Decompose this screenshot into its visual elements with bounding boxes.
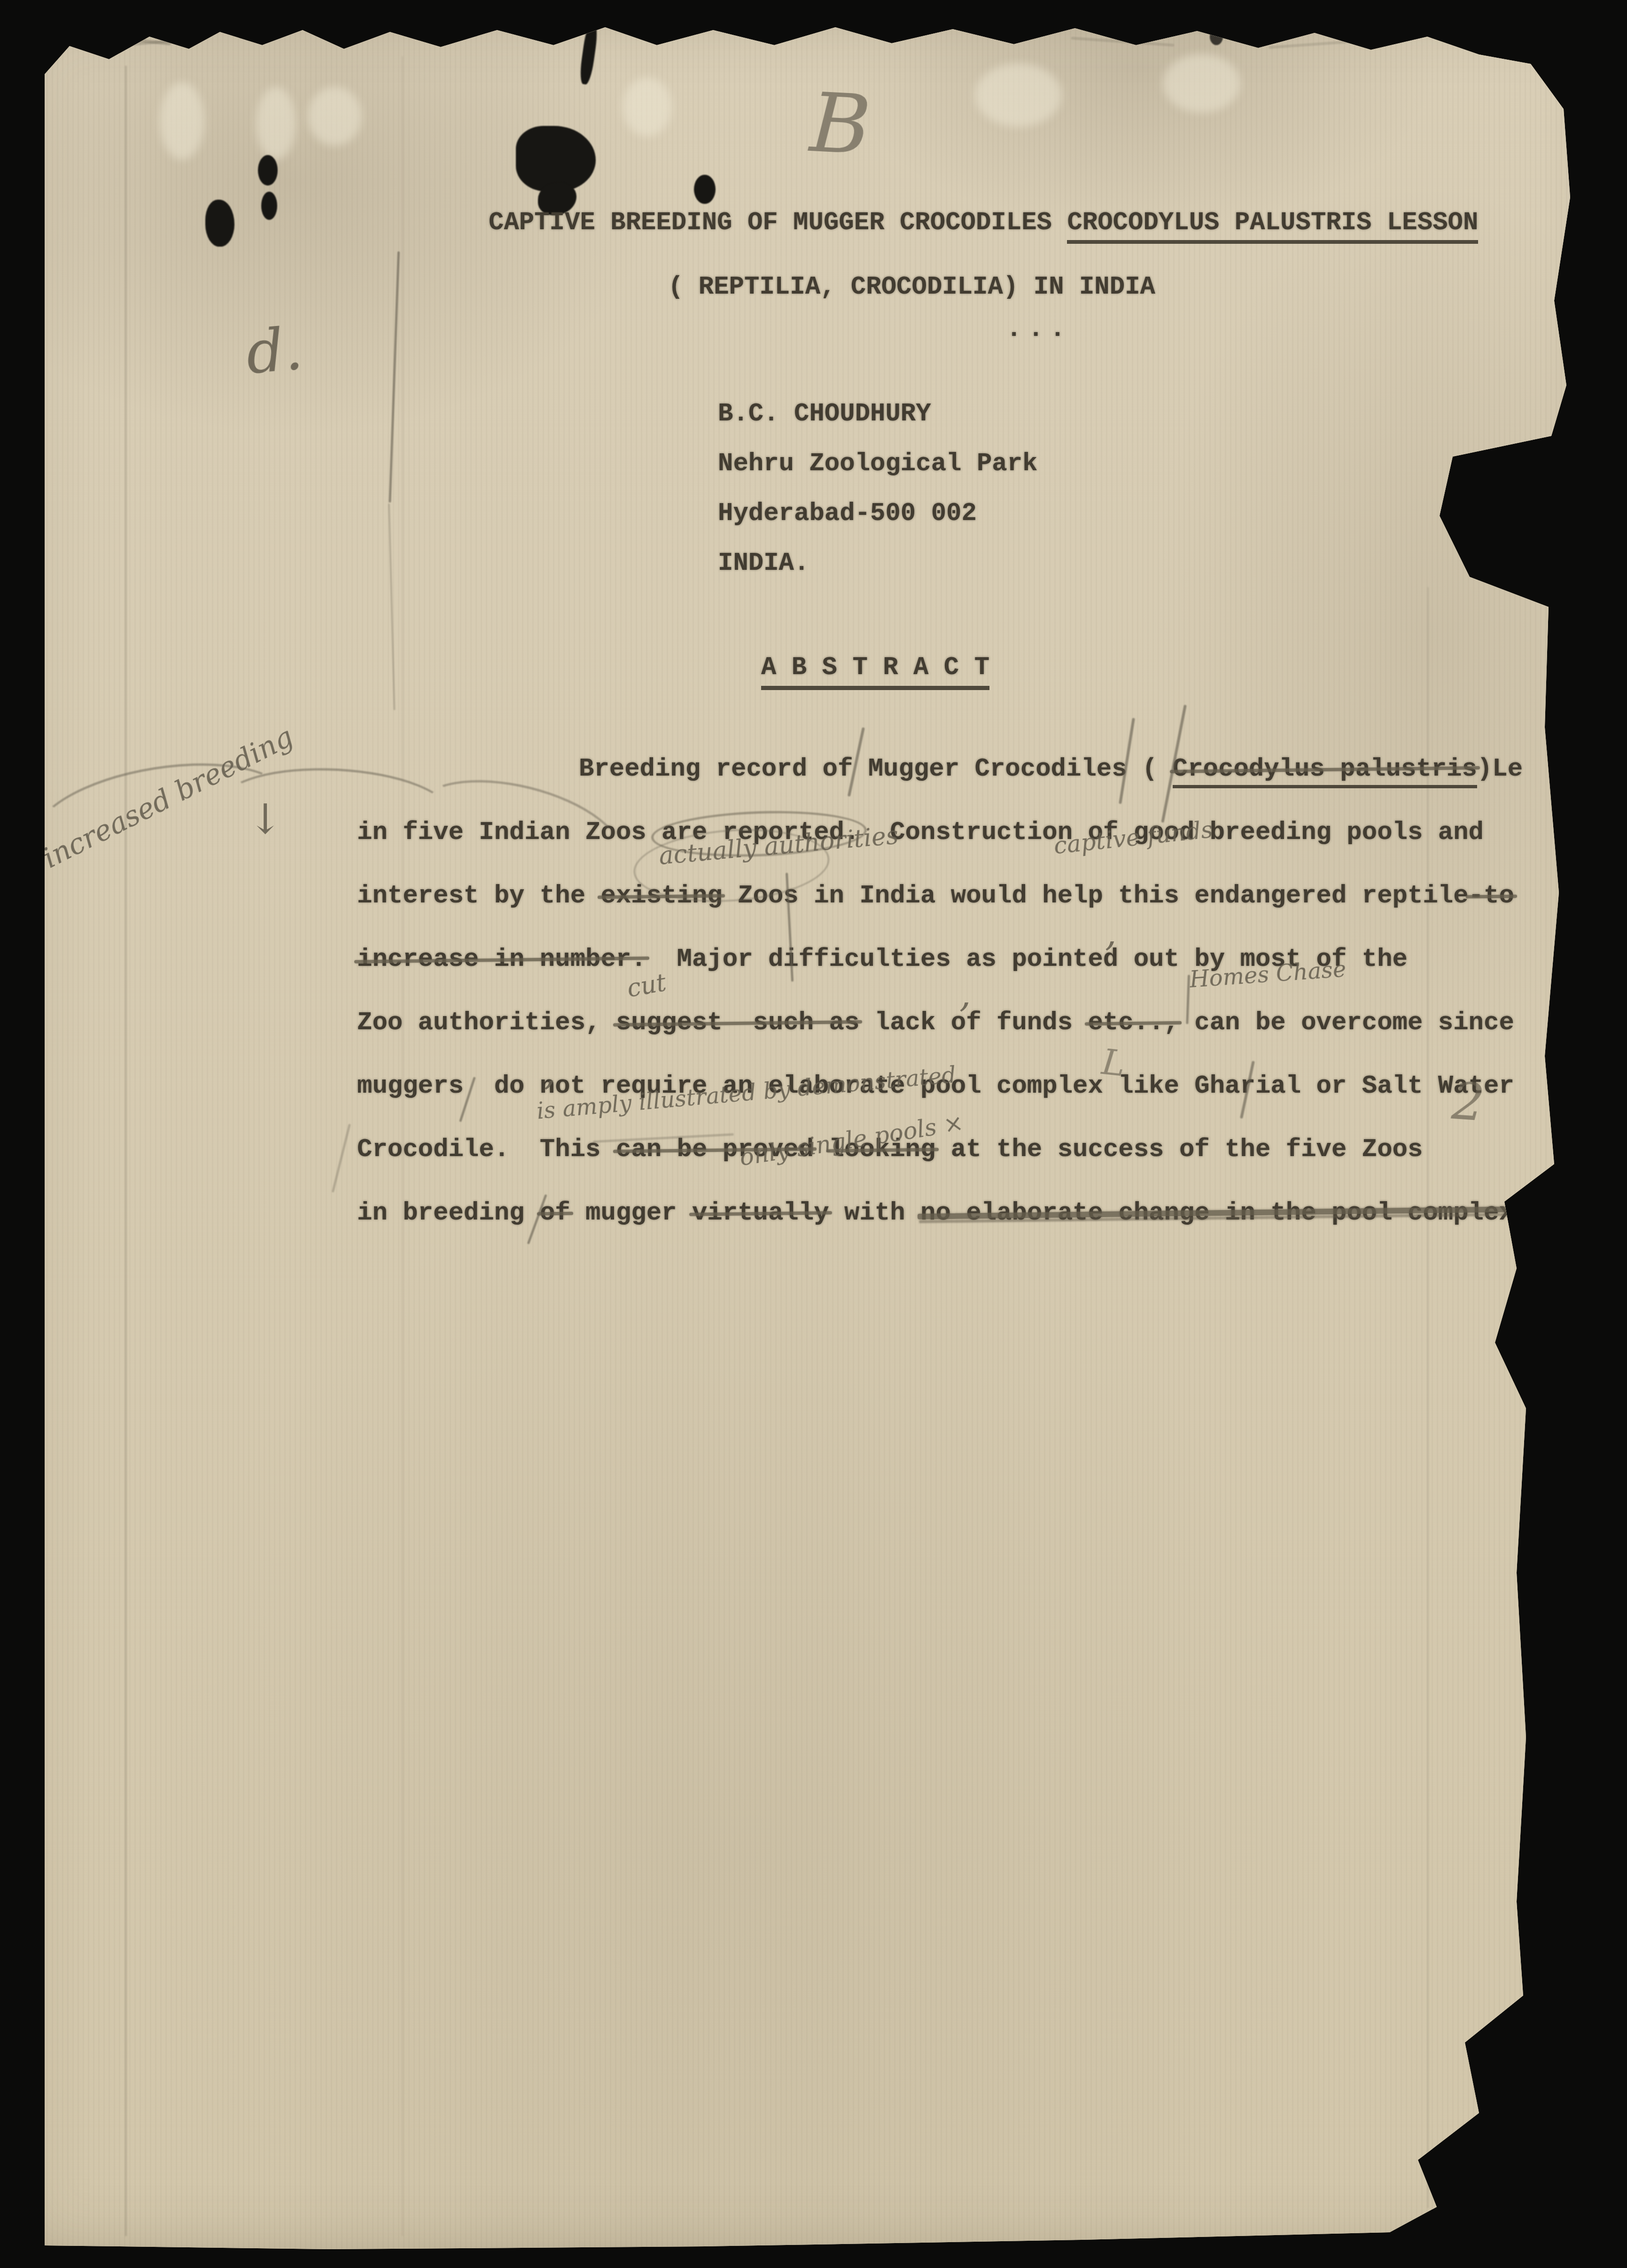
text-segment-plain: mugger xyxy=(570,1199,692,1227)
abstract-line: Zoo authorities, suggest such as lack of… xyxy=(357,1009,1514,1037)
author-country: INDIA. xyxy=(718,550,809,578)
text-segment-plain: Crocodile. This xyxy=(357,1136,616,1164)
ink-blob xyxy=(258,155,278,186)
title-prefix: CAPTIVE BREEDING OF MUGGER CROCODILES xyxy=(489,209,1067,237)
text-segment-struck: increase in number. xyxy=(357,946,646,974)
pencil-vertical-line xyxy=(389,251,400,503)
text-segment-plain: Mugger Crocodiles xyxy=(868,755,1142,784)
document-title-line-2: ( REPTILIA, CROCODILIA) IN INDIA xyxy=(668,273,1155,302)
pencil-scribble xyxy=(1269,40,1353,49)
document-title-line-1: CAPTIVE BREEDING OF MUGGER CROCODILES CR… xyxy=(489,209,1478,237)
handwritten-page-letter: B xyxy=(808,75,873,173)
text-segment-plain: ( xyxy=(1142,755,1173,784)
text-segment-plain: Zoo authorities, xyxy=(357,1009,616,1037)
paper-smudge xyxy=(975,63,1062,127)
paper-smudge xyxy=(308,87,362,146)
title-ellipsis: ... xyxy=(1006,316,1072,344)
scan-background: CAPTIVE BREEDING OF MUGGER CROCODILES CR… xyxy=(0,0,1627,2268)
handwritten-comma: , xyxy=(959,973,971,1016)
author-name: B.C. CHOUDHURY xyxy=(718,400,931,428)
paper: CAPTIVE BREEDING OF MUGGER CROCODILES CR… xyxy=(0,0,1627,2268)
paper-smudge xyxy=(623,78,672,136)
text-segment-struck-heavy: no elaborate change in the pool complex xyxy=(920,1199,1514,1227)
pencil-slash xyxy=(332,1124,351,1193)
abstract-line: in breeding of mugger virtually with no … xyxy=(357,1199,1514,1227)
text-segment-plain: with xyxy=(829,1199,920,1227)
abstract-line: Breeding record of Mugger Crocodiles ( C… xyxy=(579,755,1523,788)
handwritten-comma: , xyxy=(1105,912,1117,955)
ink-blob xyxy=(1210,28,1223,45)
handwritten-margin-d: d. xyxy=(243,315,305,388)
handwritten-note-cut: cut xyxy=(625,968,669,1003)
abstract-line: interest by the existing Zoos in India w… xyxy=(357,882,1514,910)
text-segment-struck: etc.., xyxy=(1088,1009,1179,1037)
fold-line xyxy=(125,66,127,2236)
text-segment-struck-underline: Crocodylus palustris xyxy=(1173,755,1477,788)
paper-smudge xyxy=(160,82,204,160)
paper-smudge xyxy=(256,87,296,160)
paper-smudge xyxy=(1163,54,1240,113)
pencil-scribble xyxy=(1071,37,1175,47)
pencil-vertical-line xyxy=(388,504,396,710)
text-segment-plain: Zoos in India would help this endangered… xyxy=(723,882,1469,910)
text-segment-plain: Breeding record of xyxy=(579,755,868,784)
author-city-line: Hyderabad-500 002 xyxy=(718,500,977,528)
handwritten-note-amply: is amply illustrated by demonstrated xyxy=(536,1062,957,1125)
text-segment-plain: at the success of the five Zoos xyxy=(935,1136,1423,1164)
handwritten-insert-mark: L xyxy=(1100,1042,1127,1085)
ink-blob xyxy=(261,192,277,220)
text-segment-plain: in breeding xyxy=(357,1199,540,1227)
text-segment-struck: -to xyxy=(1469,882,1514,910)
text-segment-plain: )Le xyxy=(1477,755,1523,784)
abstract-heading: A B S T R A C T xyxy=(761,654,989,690)
text-segment-struck: of xyxy=(540,1199,570,1227)
text-segment-plain: lack of funds xyxy=(859,1009,1088,1037)
ink-blob xyxy=(516,126,596,192)
handwritten-insert-two: 2 xyxy=(1450,1072,1486,1133)
author-institution: Nehru Zoological Park xyxy=(718,450,1038,478)
text-segment-plain: can be overcome since xyxy=(1179,1009,1514,1037)
ink-blob xyxy=(205,200,234,247)
text-segment-plain: interest by the xyxy=(357,882,600,910)
pencil-scribble xyxy=(82,33,171,46)
ink-blob xyxy=(578,22,599,85)
ink-blob xyxy=(694,175,716,204)
text-segment-struck: suggest such as xyxy=(616,1009,859,1037)
handwritten-comma: , xyxy=(544,1051,556,1094)
text-segment-struck: virtually xyxy=(692,1199,829,1227)
species-name-underlined: CROCODYLUS PALUSTRIS LESSON xyxy=(1067,209,1478,244)
